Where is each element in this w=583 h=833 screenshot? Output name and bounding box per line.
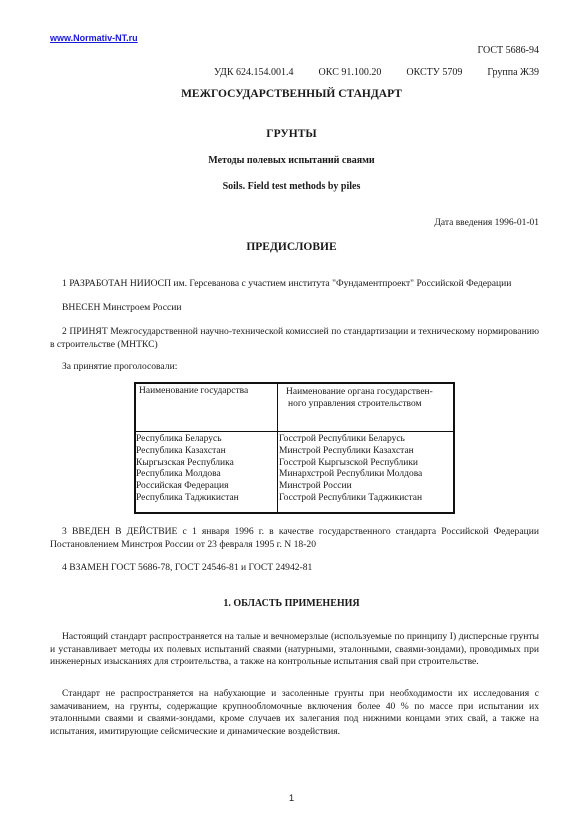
site-link[interactable]: www.Normativ-NT.ru	[50, 33, 138, 43]
header-line: ного управления строительством	[286, 398, 453, 410]
introduction-date: Дата введения 1996-01-01	[434, 218, 539, 228]
table-cell: Республика Казахстан	[136, 446, 277, 458]
table-cell: Госстрой Кыргызской Республики	[279, 458, 453, 470]
table-cell: Российская Федерация	[136, 481, 277, 493]
document-title: ГРУНТЫ	[0, 128, 583, 140]
document-subtitle: Методы полевых испытаний сваями	[0, 155, 583, 166]
foreword-heading: ПРЕДИСЛОВИЕ	[0, 241, 583, 253]
group-code: Группа Ж39	[487, 67, 539, 78]
foreword-paragraph-voted: За принятие проголосовали:	[50, 361, 539, 374]
table-cell: Кыргызская Республика	[136, 458, 277, 470]
table-header-row: Наименование государства Наименование ор…	[135, 383, 454, 432]
gost-number: ГОСТ 5686-94	[478, 45, 539, 56]
table-body-row: Республика Беларусь Республика Казахстан…	[135, 432, 454, 514]
foreword-paragraph-developed: 1 РАЗРАБОТАН НИИОСП им. Герсеванова с уч…	[50, 278, 539, 291]
foreword-paragraph-submitted: ВНЕСЕН Минстроем России	[50, 302, 539, 315]
table-cell: Минстрой Республики Казахстан	[279, 446, 453, 458]
table-cell: Республика Молдова	[136, 469, 277, 481]
table-cell: Минархстрой Республики Молдова	[279, 469, 453, 481]
standard-type-heading: МЕЖГОСУДАРСТВЕННЫЙ СТАНДАРТ	[0, 88, 583, 100]
classification-codes: УДК 624.154.001.4 ОКС 91.100.20 ОКСТУ 57…	[214, 67, 539, 78]
table-cell: Госстрой Республики Таджикистан	[279, 493, 453, 505]
okstu-code: ОКСТУ 5709	[406, 67, 462, 78]
foreword-paragraph-replaces: 4 ВЗАМЕН ГОСТ 5686-78, ГОСТ 24546-81 и Г…	[50, 562, 539, 575]
table-cell: Республика Беларусь	[136, 434, 277, 446]
foreword-paragraph-adopted: 2 ПРИНЯТ Межгосударственной научно-техни…	[50, 326, 539, 351]
table-cell: Госстрой Республики Беларусь	[279, 434, 453, 446]
scope-paragraph-1: Настоящий стандарт распространяется на т…	[50, 631, 539, 669]
table-cell: Минстрой России	[279, 481, 453, 493]
scope-paragraph-2: Стандарт не распространяется на набухающ…	[50, 688, 539, 738]
english-title: Soils. Field test methods by piles	[0, 181, 583, 192]
foreword-paragraph-effective: 3 ВВЕДЕН В ДЕЙСТВИЕ с 1 января 1996 г. в…	[50, 526, 539, 551]
header-line: Наименование органа государствен-	[286, 386, 453, 398]
voting-states-table: Наименование государства Наименование ор…	[134, 382, 455, 514]
section-1-heading: 1. ОБЛАСТЬ ПРИМЕНЕНИЯ	[0, 598, 583, 609]
table-cell: Республика Таджикистан	[136, 493, 277, 505]
table-header-state: Наименование государства	[136, 384, 277, 396]
oks-code: ОКС 91.100.20	[319, 67, 382, 78]
page-number: 1	[0, 793, 583, 804]
state-list: Республика Беларусь Республика Казахстан…	[136, 432, 277, 505]
authority-list: Госстрой Республики Беларусь Минстрой Ре…	[278, 432, 453, 505]
udk-code: УДК 624.154.001.4	[214, 67, 294, 78]
table-header-authority: Наименование органа государствен- ного у…	[278, 384, 453, 410]
